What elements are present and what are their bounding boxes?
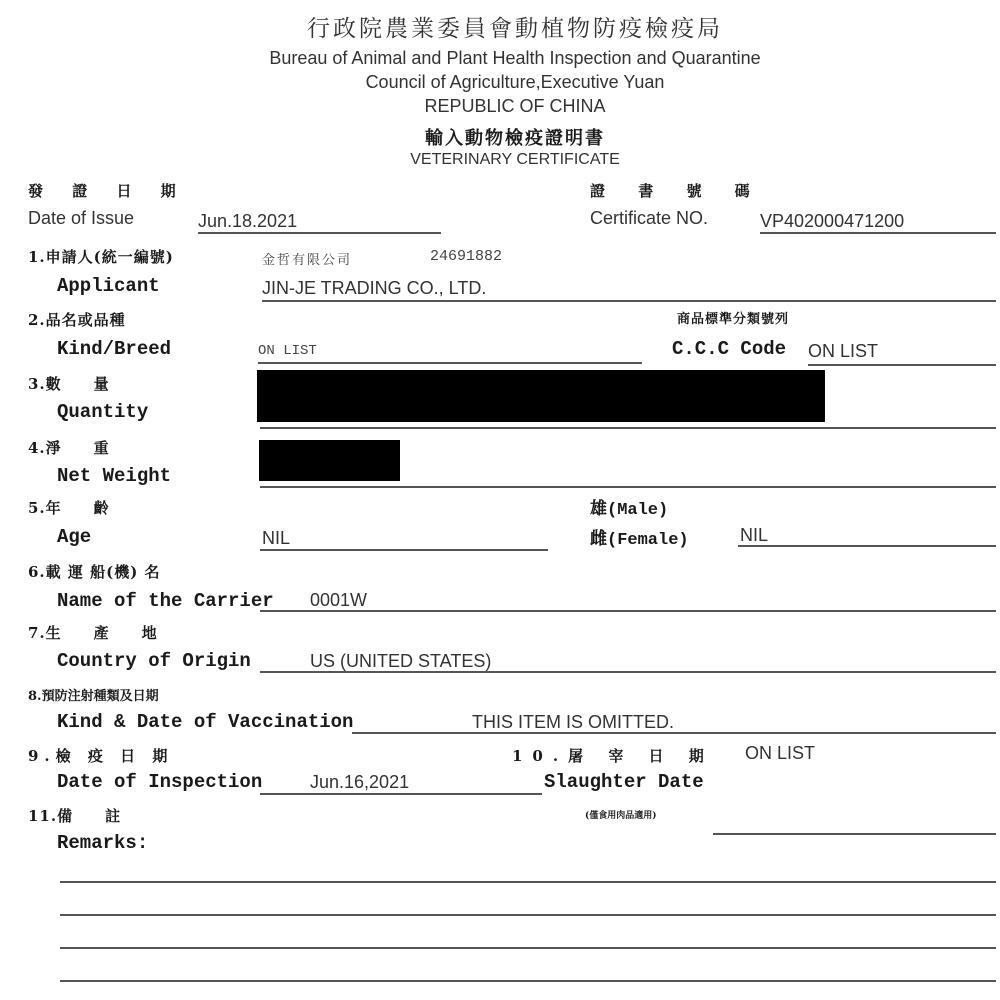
vaccination-label: Kind & Date of Vaccination bbox=[57, 711, 353, 733]
remarks-line-4 bbox=[60, 980, 996, 982]
ccc-label-cjk: 商品標準分類號列 bbox=[677, 308, 789, 327]
issue-date-value: Jun.18.2021 bbox=[198, 211, 297, 232]
remarks-line-1 bbox=[60, 881, 996, 883]
applicant-name-cjk: 金哲有限公司 bbox=[262, 249, 352, 268]
kind-label-cjk: 2.品名或品種 bbox=[28, 309, 126, 330]
remarks-line-2 bbox=[60, 914, 996, 916]
certificate-underline bbox=[760, 232, 996, 234]
age-underline bbox=[260, 549, 548, 551]
certificate-label: Certificate NO. bbox=[590, 208, 708, 229]
vaccination-value: THIS ITEM IS OMITTED. bbox=[472, 712, 674, 733]
carrier-underline bbox=[260, 610, 996, 612]
origin-value: US (UNITED STATES) bbox=[310, 651, 491, 672]
council-title: Council of Agriculture,Executive Yuan bbox=[0, 72, 1000, 93]
female-label: 雌(Female) bbox=[590, 524, 689, 550]
net-weight-label: Net Weight bbox=[57, 465, 171, 487]
quantity-redaction bbox=[257, 370, 825, 422]
slaughter-label: Slaughter Date bbox=[544, 771, 704, 793]
ccc-underline bbox=[808, 364, 996, 366]
carrier-label: Name of the Carrier bbox=[57, 590, 274, 612]
age-label-cjk: 5.年 齡 bbox=[28, 497, 110, 518]
age-value: NIL bbox=[262, 528, 290, 549]
net-weight-redaction bbox=[259, 440, 400, 481]
inspection-label-cjk: 9.檢 疫 日 期 bbox=[28, 745, 173, 766]
slaughter-value: ON LIST bbox=[745, 743, 815, 764]
ccc-value: ON LIST bbox=[808, 341, 878, 362]
applicant-label-cjk: 1.申請人(統一編號) bbox=[28, 246, 174, 267]
carrier-label-cjk: 6.載 運 船(機) 名 bbox=[28, 561, 161, 582]
kind-label: Kind/Breed bbox=[57, 338, 171, 360]
net-weight-underline bbox=[260, 486, 996, 488]
quantity-label-cjk: 3.數 量 bbox=[28, 373, 110, 394]
inspection-underline bbox=[260, 793, 542, 795]
net-weight-label-cjk: 4.淨 重 bbox=[28, 437, 110, 458]
age-label: Age bbox=[57, 526, 91, 548]
slaughter-note-cjk: (僅食用肉品適用) bbox=[585, 808, 657, 821]
slaughter-label-cjk: 10.屠 宰 日 期 bbox=[512, 745, 714, 766]
vaccination-label-cjk: 8.預防注射種類及日期 bbox=[28, 685, 159, 704]
vaccination-underline bbox=[352, 732, 996, 734]
country-title: REPUBLIC OF CHINA bbox=[0, 96, 1000, 117]
remarks-line-3 bbox=[60, 947, 996, 949]
certificate-number-value: VP402000471200 bbox=[760, 211, 904, 232]
male-label: 雄(Male) bbox=[590, 494, 668, 520]
agency-title-cjk: 行政院農業委員會動植物防疫檢疫局 bbox=[0, 10, 1000, 43]
slaughter-underline bbox=[713, 833, 996, 835]
quantity-label: Quantity bbox=[57, 401, 148, 423]
kind-underline bbox=[258, 362, 642, 364]
ccc-label: C.C.C Code bbox=[672, 338, 786, 360]
origin-underline bbox=[260, 671, 996, 673]
sex-underline bbox=[738, 545, 996, 547]
inspection-label: Date of Inspection bbox=[57, 771, 262, 793]
kind-value: ON LIST bbox=[258, 343, 317, 359]
remarks-label: Remarks: bbox=[57, 832, 148, 854]
sex-value: NIL bbox=[740, 525, 768, 546]
applicant-label: Applicant bbox=[57, 275, 160, 297]
certificate-label-cjk: 證 書 號 碼 bbox=[590, 180, 764, 201]
applicant-value: JIN-JE TRADING CO., LTD. bbox=[262, 278, 486, 299]
issue-date-label: Date of Issue bbox=[28, 208, 134, 229]
issue-date-label-cjk: 發 證 日 期 bbox=[28, 180, 188, 201]
origin-label: Country of Origin bbox=[57, 650, 251, 672]
document-title-en: VETERINARY CERTIFICATE bbox=[0, 151, 1000, 169]
applicant-underline bbox=[262, 300, 996, 302]
quantity-underline bbox=[260, 427, 996, 429]
applicant-tax-id: 24691882 bbox=[430, 248, 502, 265]
carrier-value: 0001W bbox=[310, 590, 367, 611]
agency-title-en: Bureau of Animal and Plant Health Inspec… bbox=[0, 48, 1000, 69]
document-title-cjk: 輸入動物檢疫證明書 bbox=[0, 124, 1000, 150]
origin-label-cjk: 7.生 產 地 bbox=[28, 622, 158, 643]
remarks-label-cjk: 11.備 註 bbox=[28, 805, 121, 826]
issue-date-underline bbox=[198, 232, 441, 234]
inspection-value: Jun.16,2021 bbox=[310, 772, 409, 793]
